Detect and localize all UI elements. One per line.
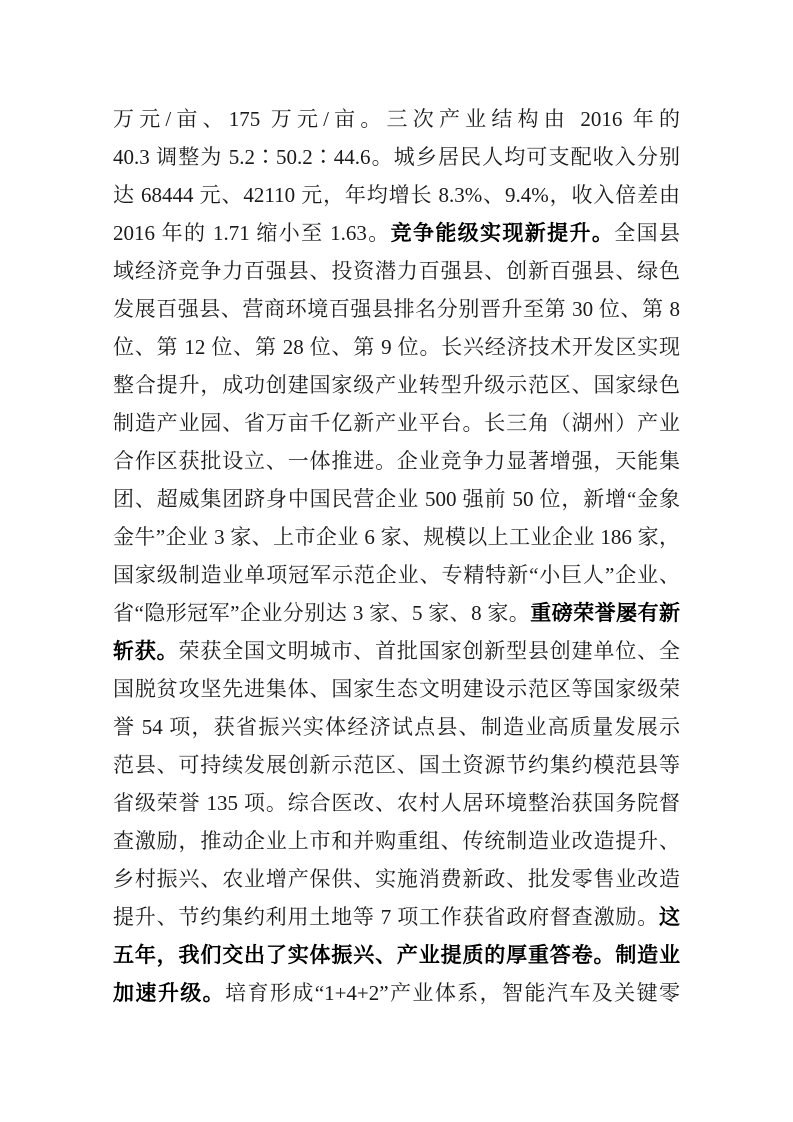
text-segment: 国家级制造业单项冠军示范企业、专精特新“小巨人”企业、 (113, 563, 680, 587)
text-segment: 40.3 调整为 5.2∶50.2∶44.6。城乡居民人均可支配收入分别 (113, 145, 680, 169)
text-segment: 万元/亩、175 万元/亩。三次产业结构由 2016 年的 6.3∶53.4∶ (113, 107, 680, 138)
text-segment: 提升、节约集约利用土地等 7 项工作获省政府督查激励。 (113, 905, 659, 929)
text-line: 提升、节约集约利用土地等 7 项工作获省政府督查激励。这 (113, 898, 680, 936)
text-segment: 省“隐形冠军”企业分别达 3 家、5 家、8 家。 (113, 601, 530, 625)
text-segment: 达 68444 元、42110 元，年均增长 8.3%、9.4%，收入倍差由 (113, 183, 680, 207)
text-line: 整合提升，成功创建国家级产业转型升级示范区、国家绿色 (113, 366, 680, 404)
document-page: 万元/亩、175 万元/亩。三次产业结构由 2016 年的 6.3∶53.4∶4… (0, 0, 793, 1122)
text-segment: 团、超威集团跻身中国民营企业 500 强前 50 位，新增“金象 (113, 487, 680, 511)
text-line: 加速升级。培育形成“1+4+2”产业体系，智能汽车及关键零 (113, 974, 680, 1012)
text-line: 达 68444 元、42110 元，年均增长 8.3%、9.4%，收入倍差由 (113, 176, 680, 214)
text-line: 斩获。荣获全国文明城市、首批国家创新型县创建单位、全 (113, 632, 680, 670)
text-line: 发展百强县、营商环境百强县排名分别晋升至第 30 位、第 8 (113, 290, 680, 328)
text-segment: 省级荣誉 135 项。综合医改、农村人居环境整治获国务院督 (113, 791, 680, 815)
text-segment: 国脱贫攻坚先进集体、国家生态文明建设示范区等国家级荣 (113, 677, 680, 701)
text-segment: 2016 年的 1.71 缩小至 1.63。 (113, 221, 391, 245)
text-line: 合作区获批设立、一体推进。企业竞争力显著增强，天能集 (113, 442, 680, 480)
text-line: 五年，我们交出了实体振兴、产业提质的厚重答卷。制造业 (113, 936, 680, 974)
text-segment: 制造产业园、省万亩千亿新产业平台。长三角（湖州）产业 (113, 411, 680, 435)
text-line: 域经济竞争力百强县、投资潜力百强县、创新百强县、绿色 (113, 252, 680, 290)
text-segment: 荣获全国文明城市、首批国家创新型县创建单位、全 (179, 639, 680, 663)
text-line: 团、超威集团跻身中国民营企业 500 强前 50 位，新增“金象 (113, 480, 680, 518)
text-line: 省级荣誉 135 项。综合医改、农村人居环境整治获国务院督 (113, 784, 680, 822)
text-segment: 发展百强县、营商环境百强县排名分别晋升至第 30 位、第 8 (113, 297, 680, 321)
text-segment: 金牛”企业 3 家、上市企业 6 家、规模以上工业企业 186 家， (113, 525, 680, 549)
text-line: 国脱贫攻坚先进集体、国家生态文明建设示范区等国家级荣 (113, 670, 680, 708)
text-segment: 查激励，推动企业上市和并购重组、传统制造业改造提升、 (113, 829, 680, 853)
text-segment: 合作区获批设立、一体推进。企业竞争力显著增强，天能集 (113, 449, 680, 473)
text-line: 2016 年的 1.71 缩小至 1.63。竞争能级实现新提升。全国县 (113, 214, 680, 252)
bold-text-segment: 加速升级。 (113, 981, 225, 1005)
bold-text-segment: 这 (659, 905, 680, 929)
text-segment: 整合提升，成功创建国家级产业转型升级示范区、国家绿色 (113, 373, 680, 397)
text-line: 省“隐形冠军”企业分别达 3 家、5 家、8 家。重磅荣誉屡有新 (113, 594, 680, 632)
bold-text-segment: 斩获。 (113, 639, 179, 663)
text-segment: 域经济竞争力百强县、投资潜力百强县、创新百强县、绿色 (113, 259, 680, 283)
text-line: 范县、可持续发展创新示范区、国土资源节约集约模范县等 (113, 746, 680, 784)
text-line: 40.3 调整为 5.2∶50.2∶44.6。城乡居民人均可支配收入分别 (113, 138, 680, 176)
text-line: 查激励，推动企业上市和并购重组、传统制造业改造提升、 (113, 822, 680, 860)
text-line: 誉 54 项，获省振兴实体经济试点县、制造业高质量发展示 (113, 708, 680, 746)
paragraph-text: 万元/亩、175 万元/亩。三次产业结构由 2016 年的 6.3∶53.4∶4… (113, 100, 680, 1012)
text-line: 万元/亩、175 万元/亩。三次产业结构由 2016 年的 6.3∶53.4∶ (113, 100, 680, 138)
text-line: 国家级制造业单项冠军示范企业、专精特新“小巨人”企业、 (113, 556, 680, 594)
text-line: 乡村振兴、农业增产保供、实施消费新政、批发零售业改造 (113, 860, 680, 898)
text-line: 位、第 12 位、第 28 位、第 9 位。长兴经济技术开发区实现 (113, 328, 680, 366)
text-line: 金牛”企业 3 家、上市企业 6 家、规模以上工业企业 186 家， (113, 518, 680, 556)
text-segment: 全国县 (614, 221, 680, 245)
text-segment: 范县、可持续发展创新示范区、国土资源节约集约模范县等 (113, 753, 680, 777)
text-segment: 培育形成“1+4+2”产业体系，智能汽车及关键零 (225, 981, 680, 1005)
text-segment: 位、第 12 位、第 28 位、第 9 位。长兴经济技术开发区实现 (113, 335, 680, 359)
text-line: 制造产业园、省万亩千亿新产业平台。长三角（湖州）产业 (113, 404, 680, 442)
bold-text-segment: 竞争能级实现新提升。 (391, 221, 615, 245)
bold-text-segment: 重磅荣誉屡有新 (530, 601, 680, 625)
text-segment: 誉 54 项，获省振兴实体经济试点县、制造业高质量发展示 (113, 715, 680, 739)
bold-text-segment: 五年，我们交出了实体振兴、产业提质的厚重答卷。制造业 (113, 943, 680, 967)
text-segment: 乡村振兴、农业增产保供、实施消费新政、批发零售业改造 (113, 867, 680, 891)
